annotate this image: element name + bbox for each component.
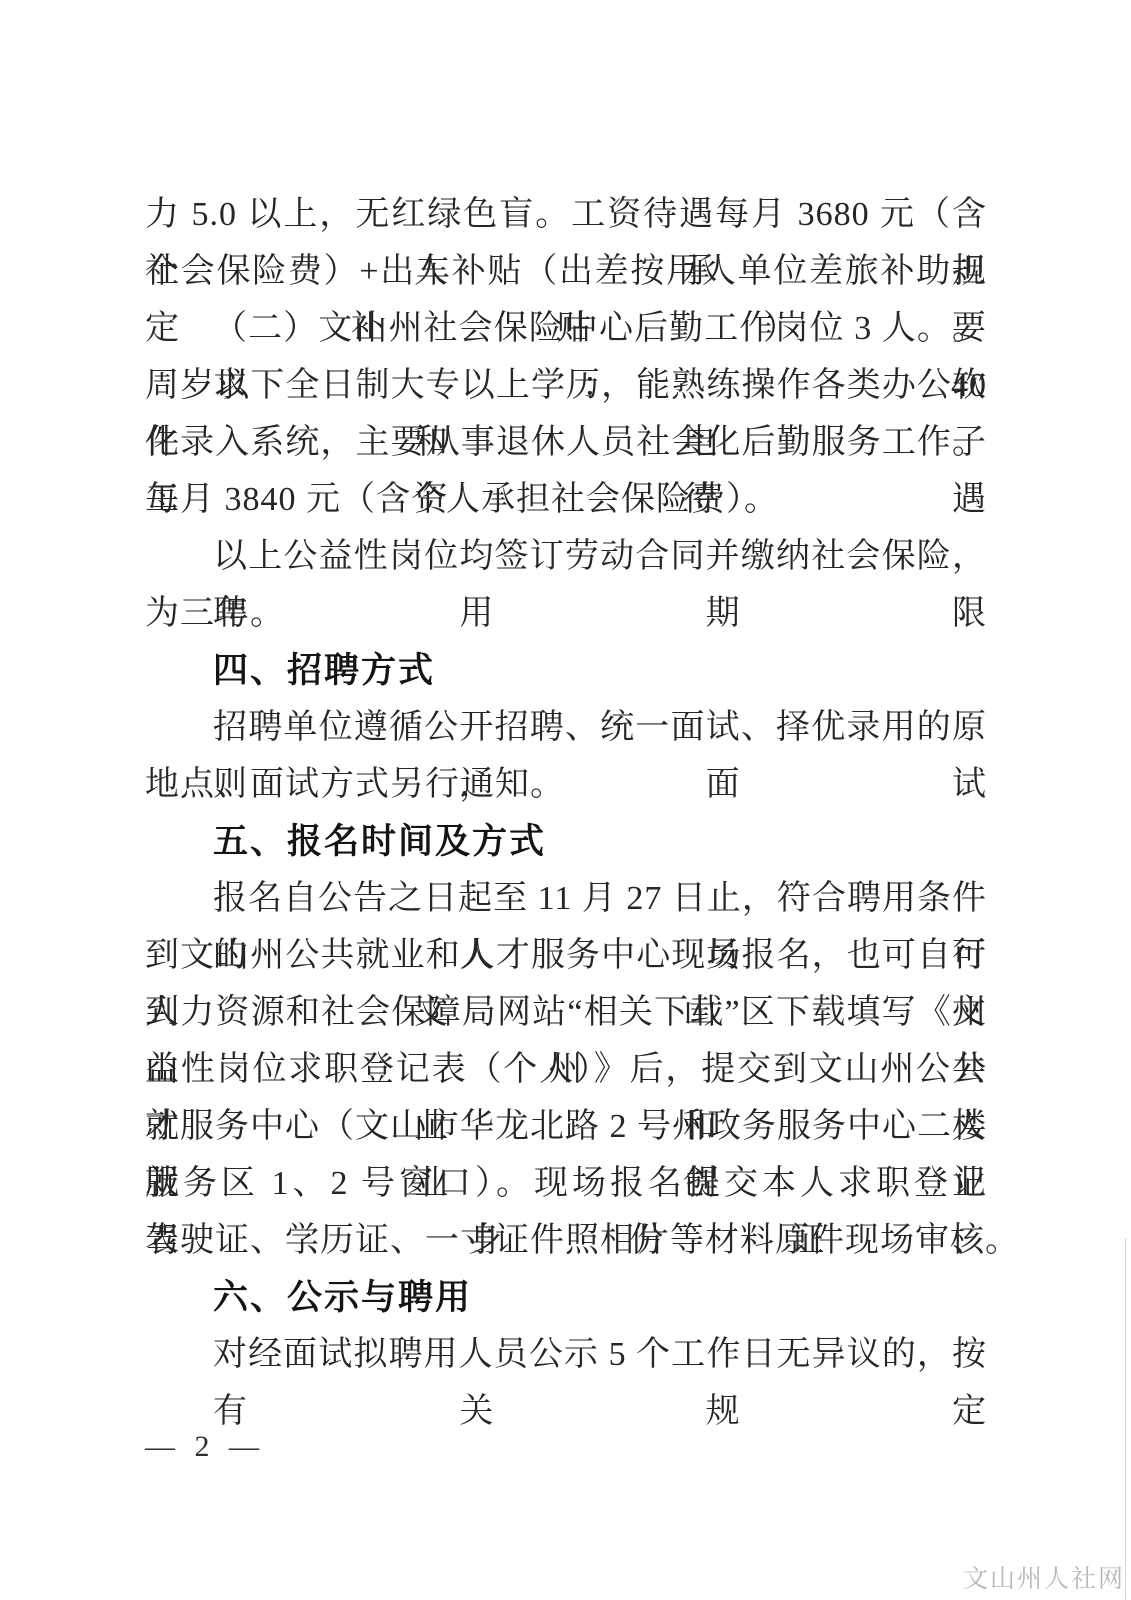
text-line: 招聘单位遵循公开招聘、统一面试、择优录用的原则，面试 <box>145 699 987 756</box>
text-line: 力 5.0 以上，无红绿色盲。工资待遇每月 3680 元（含个人承担 <box>145 186 987 243</box>
text-line: 人力资源和社会保障局网站“相关下载”区下载填写《文山州公 <box>145 984 987 1041</box>
text-line: 以上公益性岗位均签订劳动合同并缴纳社会保险，聘用期限 <box>145 528 987 585</box>
page-number: — 2 — <box>145 1430 265 1464</box>
document-page: 力 5.0 以上，无红绿色盲。工资待遇每月 3680 元（含个人承担社会保险费）… <box>0 0 1131 1600</box>
section-heading: 六、公示与聘用 <box>145 1269 987 1326</box>
text-line: 服务区 1、2 号窗口）。现场报名提交本人求职登记表、身份证、 <box>145 1155 987 1212</box>
watermark: 文山州人社网 <box>963 1559 1125 1595</box>
scan-artifact-line <box>1125 1238 1126 1600</box>
text-line: 报名自公告之日起至 11 月 27 日止，符合聘用条件的人员可 <box>145 870 987 927</box>
text-line: 社会保险费）+出车补贴（出差按用人单位差旅补助规定补贴）。 <box>145 243 987 300</box>
document-body: 力 5.0 以上，无红绿色盲。工资待遇每月 3680 元（含个人承担社会保险费）… <box>145 186 987 1383</box>
text-line: 到文山州公共就业和人才服务中心现场报名，也可自行到文山州 <box>145 927 987 984</box>
text-line: 对经面试拟聘用人员公示 5 个工作日无异议的，按有关规定 <box>145 1326 987 1383</box>
text-line: 化录入系统，主要从事退休人员社会化后勤服务工作。工资待遇 <box>145 414 987 471</box>
section-heading: 四、招聘方式 <box>145 642 987 699</box>
text-line: 驾驶证、学历证、一寸证件照相片等材料原件现场审核。 <box>145 1212 987 1269</box>
text-line: 益性岗位求职登记表（个人）》后，提交到文山州公共就业和人 <box>145 1041 987 1098</box>
section-heading: 五、报名时间及方式 <box>145 813 987 870</box>
text-line: 周岁以下全日制大专以上学历，能熟练操作各类办公软件和电子 <box>145 357 987 414</box>
text-line: （二）文山州社会保险中心后勤工作岗位 3 人。要求：40 <box>145 300 987 357</box>
text-line: 才服务中心（文山市华龙北路 2 号州政务服务中心二楼就业创业 <box>145 1098 987 1155</box>
